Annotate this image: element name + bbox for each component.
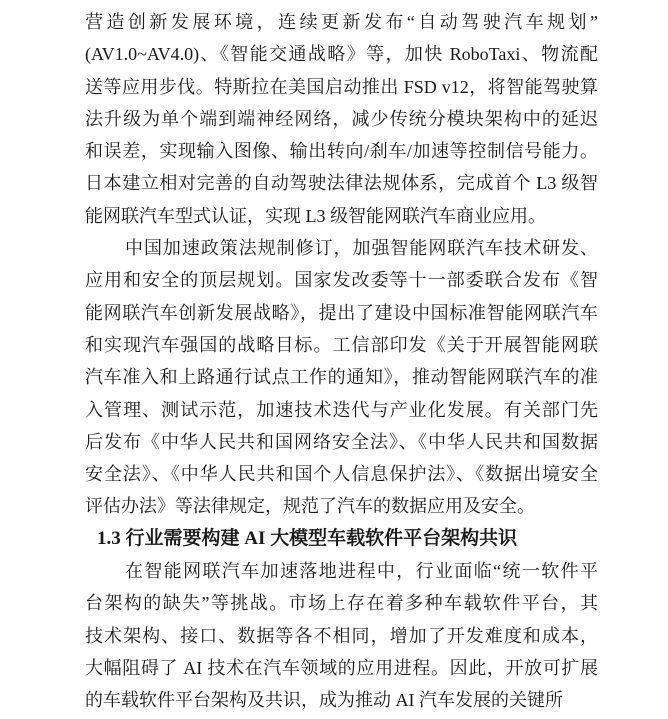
text-line-15: 安全法》、《中华人民共和国个人信息保护法》、《数据出境安全 bbox=[85, 458, 598, 490]
document-page: 营造创新发展环境，连续更新发布“自动驾驶汽车规划”(AV1.0~AV4.0)、《… bbox=[0, 0, 668, 719]
text-line-18: 在智能网联汽车加速落地进程中，行业面临“统一软件平 bbox=[85, 555, 598, 587]
text-line-5: 和误差，实现输入图像、输出转向/刹车/加速等控制信号能力。 bbox=[85, 135, 598, 167]
text-line-16: 评估办法》等法律规定，规范了汽车的数据应用及安全。 bbox=[85, 490, 598, 522]
text-line-19: 台架构的缺失”等挑战。市场上存在着多种车载软件平台，其 bbox=[85, 587, 598, 619]
section-heading-1-3: 1.3 行业需要构建 AI 大模型车载软件平台架构共识 bbox=[85, 523, 598, 555]
text-line-22: 的车载软件平台架构及共识，成为推动 AI 汽车发展的关键所在。 bbox=[85, 684, 598, 716]
text-line-12: 汽车准入和上路通行试点工作的通知》，推动智能网联汽车的准 bbox=[85, 361, 598, 393]
text-line-7: 能网联汽车型式认证，实现 L3 级智能网联汽车商业应用。 bbox=[85, 200, 598, 232]
text-line-6: 日本建立相对完善的自动驾驶法律法规体系，完成首个 L3 级智 bbox=[85, 167, 598, 199]
text-line-10: 能网联汽车创新发展战略》，提出了建设中国标准智能网联汽车 bbox=[85, 297, 598, 329]
text-line-9: 应用和安全的顶层规划。国家发改委等十一部委联合发布《智 bbox=[85, 264, 598, 296]
text-line-1: 营造创新发展环境，连续更新发布“自动驾驶汽车规划” bbox=[85, 6, 598, 38]
text-line-21: 大幅阻碍了 AI 技术在汽车领域的应用进程。因此，开放可扩展 bbox=[85, 652, 598, 684]
text-line-20: 技术架构、接口、数据等各不相同，增加了开发难度和成本， bbox=[85, 620, 598, 652]
text-line-8: 中国加速政策法规制修订，加强智能网联汽车技术研发、 bbox=[85, 232, 598, 264]
text-line-2: (AV1.0~AV4.0)、《智能交通战略》等，加快 RoboTaxi、物流配 bbox=[85, 38, 598, 70]
text-line-14: 后发布《中华人民共和国网络安全法》、《中华人民共和国数据 bbox=[85, 426, 598, 458]
text-line-11: 和实现汽车强国的战略目标。工信部印发《关于开展智能网联 bbox=[85, 329, 598, 361]
text-line-3: 送等应用步伐。特斯拉在美国启动推出 FSD v12，将智能驾驶算 bbox=[85, 71, 598, 103]
text-line-13: 入管理、测试示范，加速技术迭代与产业化发展。有关部门先 bbox=[85, 394, 598, 426]
text-line-4: 法升级为单个端到端神经网络，减少传统分模块架构中的延迟 bbox=[85, 103, 598, 135]
